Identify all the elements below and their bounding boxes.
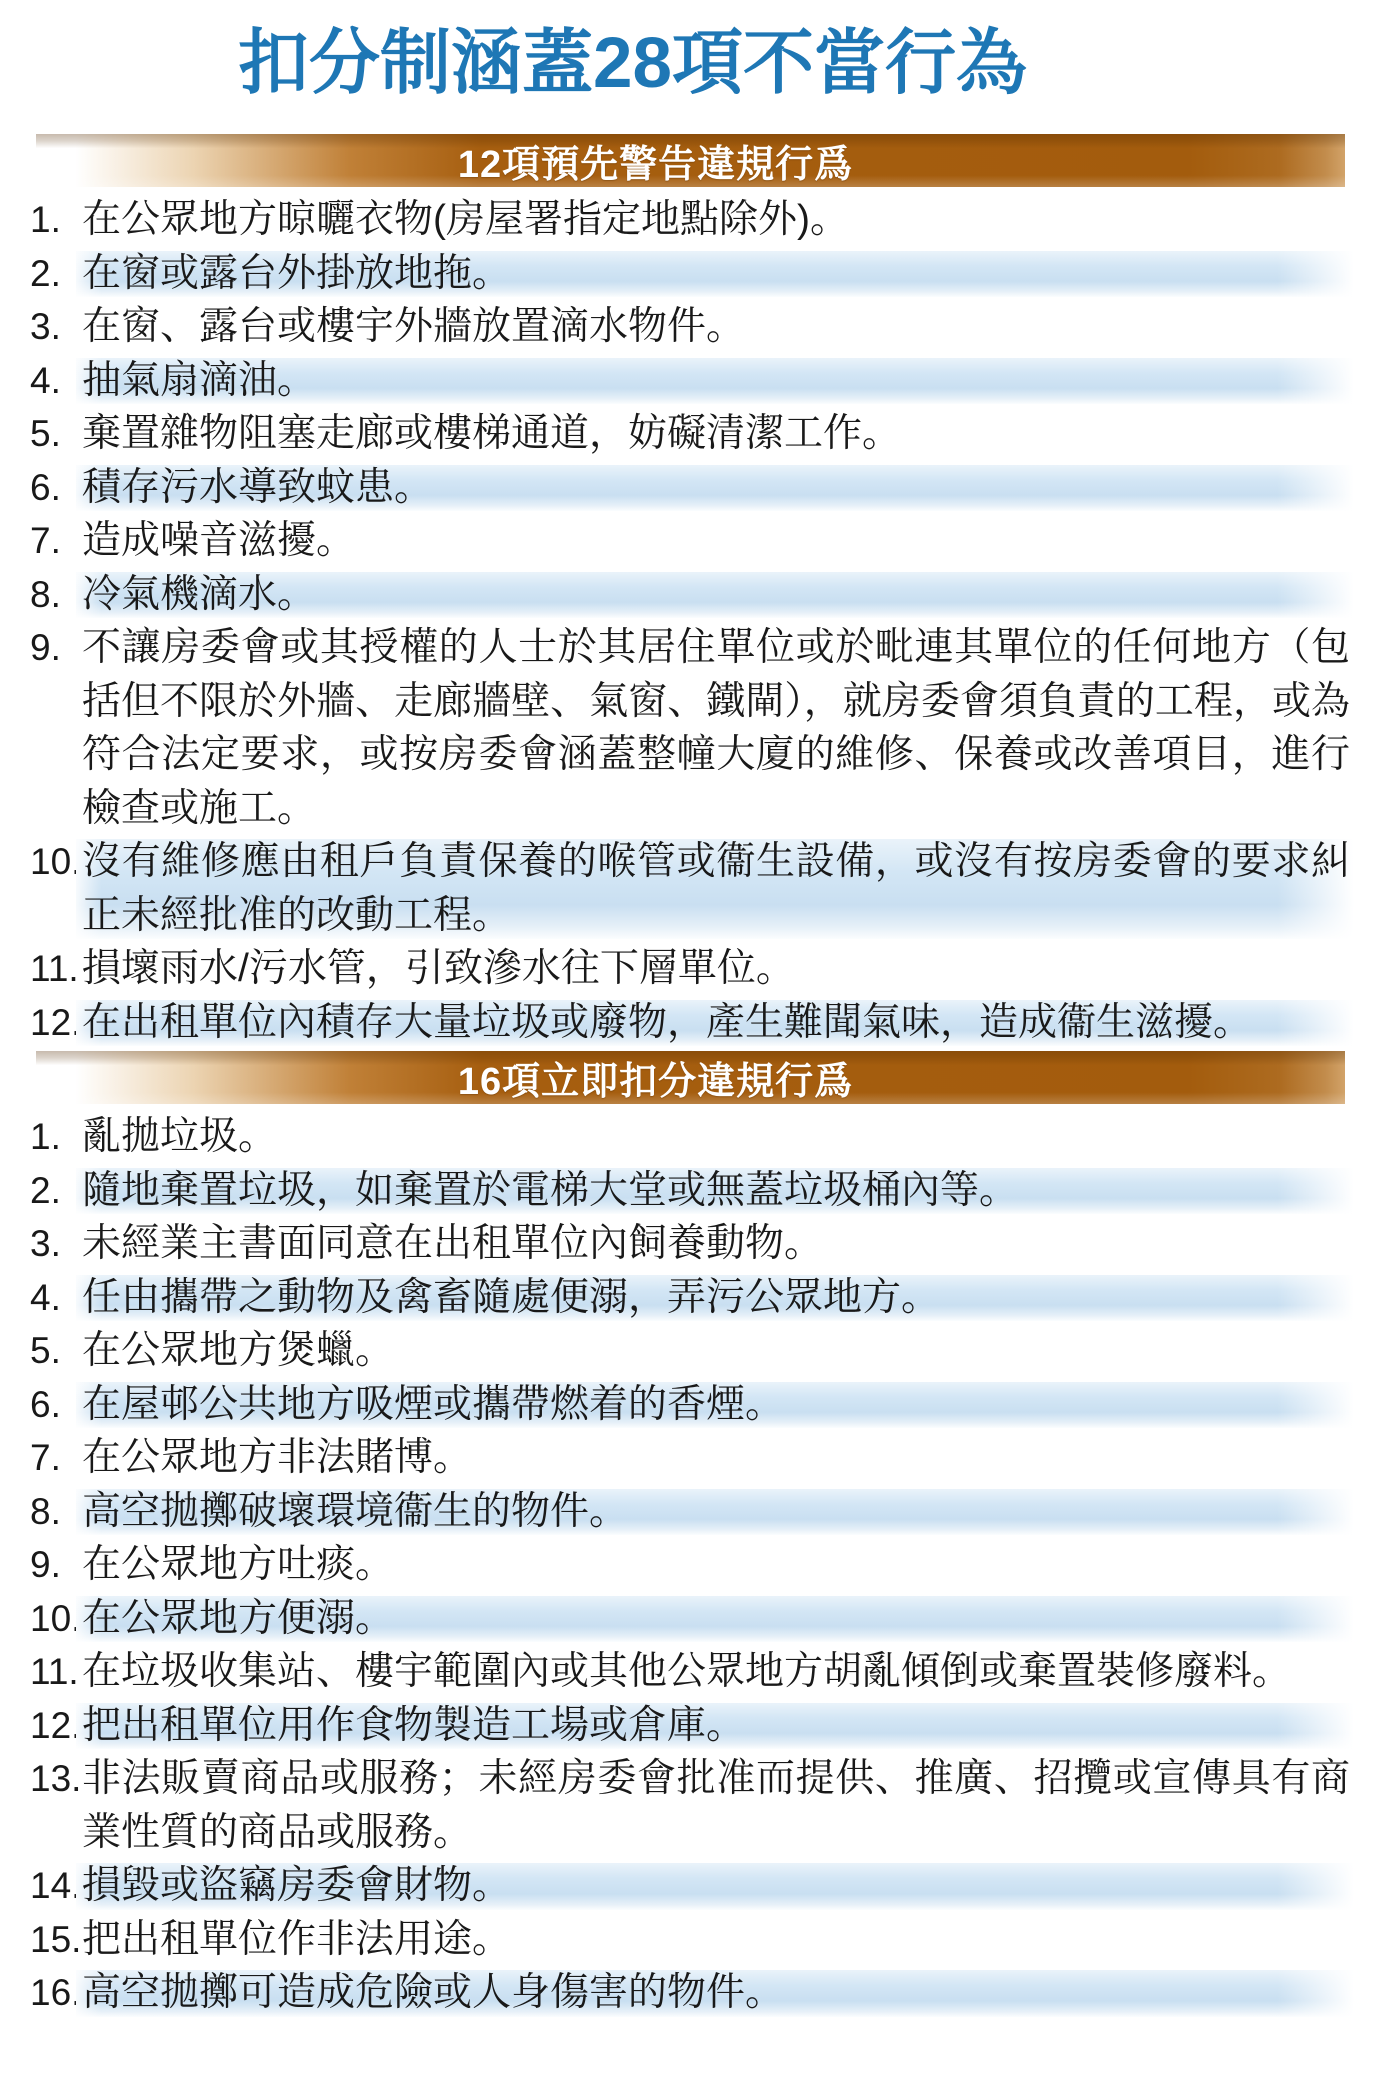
item-text: 冷氣機滴水。: [82, 568, 1350, 622]
item-number: 4.: [30, 1271, 82, 1325]
item-number: 2.: [30, 247, 82, 301]
item-number: 1.: [30, 193, 82, 247]
item-text: 在公眾地方煲蠟。: [82, 1324, 1350, 1378]
list-item: 5. 在公眾地方煲蠟。: [30, 1324, 1350, 1378]
item-text: 隨地棄置垃圾，如棄置於電梯大堂或無蓋垃圾桶內等。: [82, 1164, 1350, 1218]
list-item: 2. 在窗或露台外掛放地拖。: [30, 247, 1350, 301]
list-item: 6. 積存污水導致蚊患。: [30, 461, 1350, 515]
item-text: 在公眾地方便溺。: [82, 1592, 1350, 1646]
list-item: 4. 抽氣扇滴油。: [30, 354, 1350, 408]
list-item: 10. 在公眾地方便溺。: [30, 1592, 1350, 1646]
item-text: 在公眾地方晾曬衣物(房屋署指定地點除外)。: [82, 193, 1350, 247]
item-text: 在垃圾收集站、樓宇範圍內或其他公眾地方胡亂傾倒或棄置裝修廢料。: [82, 1645, 1350, 1699]
item-number: 12.: [30, 1699, 82, 1753]
item-number: 8.: [30, 568, 82, 622]
item-number: 9.: [30, 1538, 82, 1592]
item-number: 8.: [30, 1485, 82, 1539]
list-item: 3. 在窗、露台或樓宇外牆放置滴水物件。: [30, 300, 1350, 354]
item-text: 在窗或露台外掛放地拖。: [82, 247, 1350, 301]
item-text: 亂拋垃圾。: [82, 1110, 1350, 1164]
item-text: 不讓房委會或其授權的人士於其居住單位或於毗連其單位的任何地方（包括但不限於外牆、…: [82, 621, 1350, 835]
item-text: 把出租單位作非法用途。: [82, 1913, 1350, 1967]
item-text: 高空拋擲可造成危險或人身傷害的物件。: [82, 1966, 1350, 2020]
list-item: 12. 把出租單位用作食物製造工場或倉庫。: [30, 1699, 1350, 1753]
list-item: 7. 造成噪音滋擾。: [30, 514, 1350, 568]
item-text: 高空拋擲破壞環境衞生的物件。: [82, 1485, 1350, 1539]
section-header-label: 12項預先警告違規行爲: [458, 133, 853, 188]
item-number: 12.: [30, 996, 82, 1050]
item-number: 5.: [30, 1324, 82, 1378]
list-item: 16. 高空拋擲可造成危險或人身傷害的物件。: [30, 1966, 1350, 2020]
list-item: 1. 亂拋垃圾。: [30, 1110, 1350, 1164]
list-item: 8. 高空拋擲破壞環境衞生的物件。: [30, 1485, 1350, 1539]
item-text: 把出租單位用作食物製造工場或倉庫。: [82, 1699, 1350, 1753]
list-item: 5. 棄置雜物阻塞走廊或樓梯通道，妨礙清潔工作。: [30, 407, 1350, 461]
list-item: 6. 在屋邨公共地方吸煙或攜帶燃着的香煙。: [30, 1378, 1350, 1432]
item-text: 損壞雨水/污水管，引致滲水往下層單位。: [82, 942, 1350, 996]
item-number: 6.: [30, 461, 82, 515]
item-text: 任由攜帶之動物及禽畜隨處便溺，弄污公眾地方。: [82, 1271, 1350, 1325]
section-header-bar-warning: 12項預先警告違規行爲: [36, 134, 1345, 187]
item-text: 損毀或盜竊房委會財物。: [82, 1859, 1350, 1913]
item-text: 在屋邨公共地方吸煙或攜帶燃着的香煙。: [82, 1378, 1350, 1432]
list-item: 10. 沒有維修應由租戶負責保養的喉管或衞生設備，或沒有按房委會的要求糾正未經批…: [30, 835, 1350, 942]
item-number: 7.: [30, 514, 82, 568]
item-number: 7.: [30, 1431, 82, 1485]
item-text: 沒有維修應由租戶負責保養的喉管或衞生設備，或沒有按房委會的要求糾正未經批准的改動…: [82, 835, 1350, 942]
item-number: 3.: [30, 300, 82, 354]
list-item: 4. 任由攜帶之動物及禽畜隨處便溺，弄污公眾地方。: [30, 1271, 1350, 1325]
section-header-bar-deduction: 16項立即扣分違規行爲: [36, 1051, 1345, 1104]
section-header-label: 16項立即扣分違規行爲: [458, 1050, 853, 1105]
item-text: 棄置雜物阻塞走廊或樓梯通道，妨礙清潔工作。: [82, 407, 1350, 461]
item-text: 積存污水導致蚊患。: [82, 461, 1350, 515]
warning-violations-list: 1. 在公眾地方晾曬衣物(房屋署指定地點除外)。 2. 在窗或露台外掛放地拖。 …: [0, 187, 1377, 1049]
item-number: 16.: [30, 1966, 82, 2020]
item-number: 3.: [30, 1217, 82, 1271]
list-item: 7. 在公眾地方非法賭博。: [30, 1431, 1350, 1485]
list-item: 9. 不讓房委會或其授權的人士於其居住單位或於毗連其單位的任何地方（包括但不限於…: [30, 621, 1350, 835]
list-item: 3. 未經業主書面同意在出租單位內飼養動物。: [30, 1217, 1350, 1271]
list-item: 14. 損毀或盜竊房委會財物。: [30, 1859, 1350, 1913]
list-item: 12. 在出租單位內積存大量垃圾或廢物，產生難聞氣味，造成衞生滋擾。: [30, 996, 1350, 1050]
item-number: 10.: [30, 1592, 82, 1646]
item-number: 9.: [30, 621, 82, 675]
item-number: 6.: [30, 1378, 82, 1432]
item-number: 4.: [30, 354, 82, 408]
item-number: 11.: [30, 1645, 82, 1699]
list-item: 1. 在公眾地方晾曬衣物(房屋署指定地點除外)。: [30, 193, 1350, 247]
poster-page: 扣分制涵蓋28項不當行為 12項預先警告違規行爲 1. 在公眾地方晾曬衣物(房屋…: [0, 0, 1377, 2079]
list-item: 11. 損壞雨水/污水管，引致滲水往下層單位。: [30, 942, 1350, 996]
item-number: 1.: [30, 1110, 82, 1164]
item-number: 15.: [30, 1913, 82, 1967]
item-text: 在窗、露台或樓宇外牆放置滴水物件。: [82, 300, 1350, 354]
list-item: 9. 在公眾地方吐痰。: [30, 1538, 1350, 1592]
item-number: 14.: [30, 1859, 82, 1913]
item-number: 5.: [30, 407, 82, 461]
item-number: 2.: [30, 1164, 82, 1218]
item-text: 抽氣扇滴油。: [82, 354, 1350, 408]
item-number: 13.: [30, 1752, 82, 1806]
item-text: 非法販賣商品或服務；未經房委會批准而提供、推廣、招攬或宣傳具有商業性質的商品或服…: [82, 1752, 1350, 1859]
list-item: 13. 非法販賣商品或服務；未經房委會批准而提供、推廣、招攬或宣傳具有商業性質的…: [30, 1752, 1350, 1859]
item-text: 在出租單位內積存大量垃圾或廢物，產生難聞氣味，造成衞生滋擾。: [82, 996, 1350, 1050]
list-item: 2. 隨地棄置垃圾，如棄置於電梯大堂或無蓋垃圾桶內等。: [30, 1164, 1350, 1218]
deduction-violations-list: 1. 亂拋垃圾。 2. 隨地棄置垃圾，如棄置於電梯大堂或無蓋垃圾桶內等。 3. …: [0, 1104, 1377, 2020]
page-title: 扣分制涵蓋28項不當行為: [0, 0, 1377, 106]
item-text: 在公眾地方非法賭博。: [82, 1431, 1350, 1485]
list-item: 8. 冷氣機滴水。: [30, 568, 1350, 622]
list-item: 15. 把出租單位作非法用途。: [30, 1913, 1350, 1967]
list-item: 11. 在垃圾收集站、樓宇範圍內或其他公眾地方胡亂傾倒或棄置裝修廢料。: [30, 1645, 1350, 1699]
item-number: 10.: [30, 835, 82, 889]
item-text: 在公眾地方吐痰。: [82, 1538, 1350, 1592]
item-text: 未經業主書面同意在出租單位內飼養動物。: [82, 1217, 1350, 1271]
item-text: 造成噪音滋擾。: [82, 514, 1350, 568]
item-number: 11.: [30, 942, 82, 996]
